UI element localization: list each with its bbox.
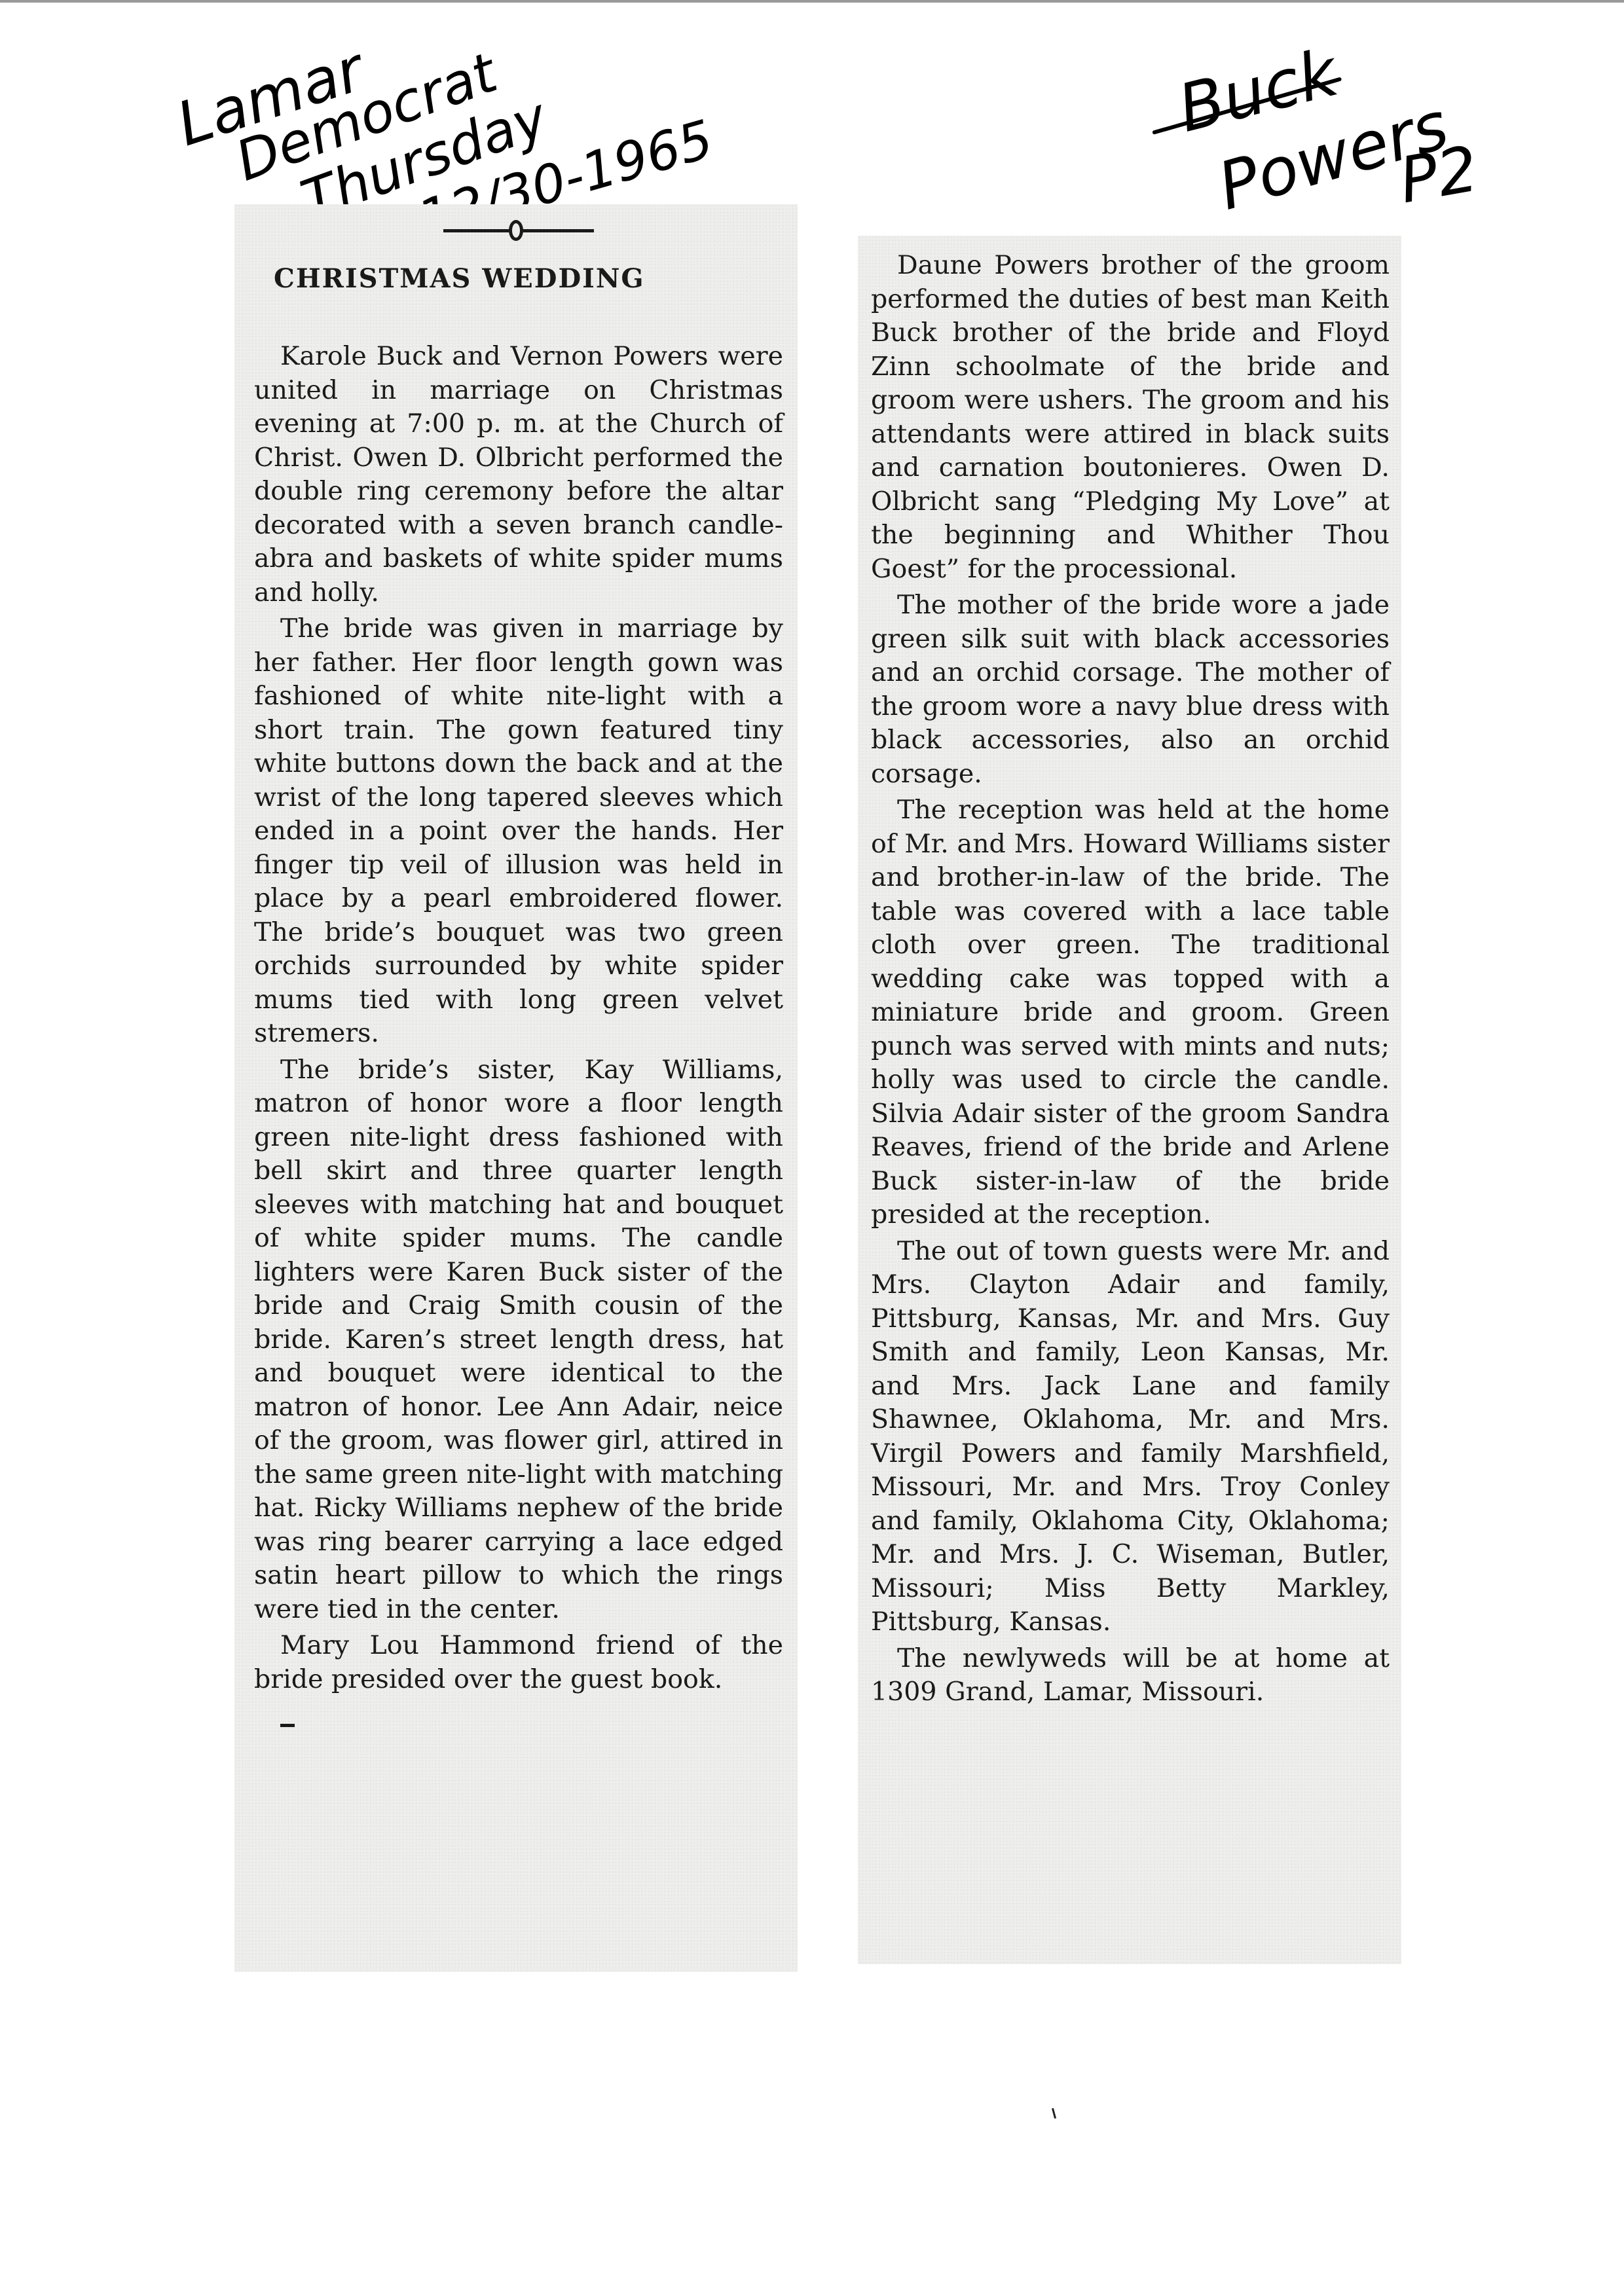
- clipping-right-column: Daune Powers brother of the groom perfor…: [858, 236, 1401, 1964]
- clipping-left-column: CHRISTMAS WEDDING Karole Buck and Vernon…: [234, 204, 798, 1972]
- ornament-divider-icon: [443, 217, 594, 244]
- scan-top-edge: [0, 0, 1624, 3]
- article-paragraph: Daune Powers brother of the groom perfor…: [871, 249, 1390, 586]
- article-paragraph: The reception was held at the home of Mr…: [871, 793, 1390, 1232]
- handwritten-page-number: P2: [1395, 137, 1483, 212]
- article-paragraph: The mother of the bride wore a jade gree…: [871, 589, 1390, 791]
- scan-speck: [1052, 2108, 1056, 2119]
- article-paragraph: Karole Buck and Vernon Powers were unite…: [254, 340, 783, 610]
- handwritten-source-note: Lamar Democrat Thursday 12/30-1965: [157, 46, 747, 216]
- article-paragraph: The bride’s sister, Kay Wil­liams, matro…: [254, 1053, 783, 1627]
- article-paragraph: The out of town guests were Mr. and Mrs.…: [871, 1235, 1390, 1639]
- article-body-left: Karole Buck and Vernon Powers were unite…: [254, 340, 783, 1696]
- handwritten-names-note: Buck Powers P2: [1133, 26, 1552, 223]
- article-headline: CHRISTMAS WEDDING: [274, 263, 783, 294]
- article-paragraph: The newlyweds will be at home at 1309 Gr…: [871, 1642, 1390, 1709]
- article-paragraph: The bride was given in mar­riage by her …: [254, 612, 783, 1051]
- article-body-right: Daune Powers brother of the groom perfor…: [871, 249, 1390, 1709]
- article-paragraph: Mary Lou Hammond friend of the bride pre…: [254, 1629, 783, 1696]
- end-mark: [280, 1724, 295, 1727]
